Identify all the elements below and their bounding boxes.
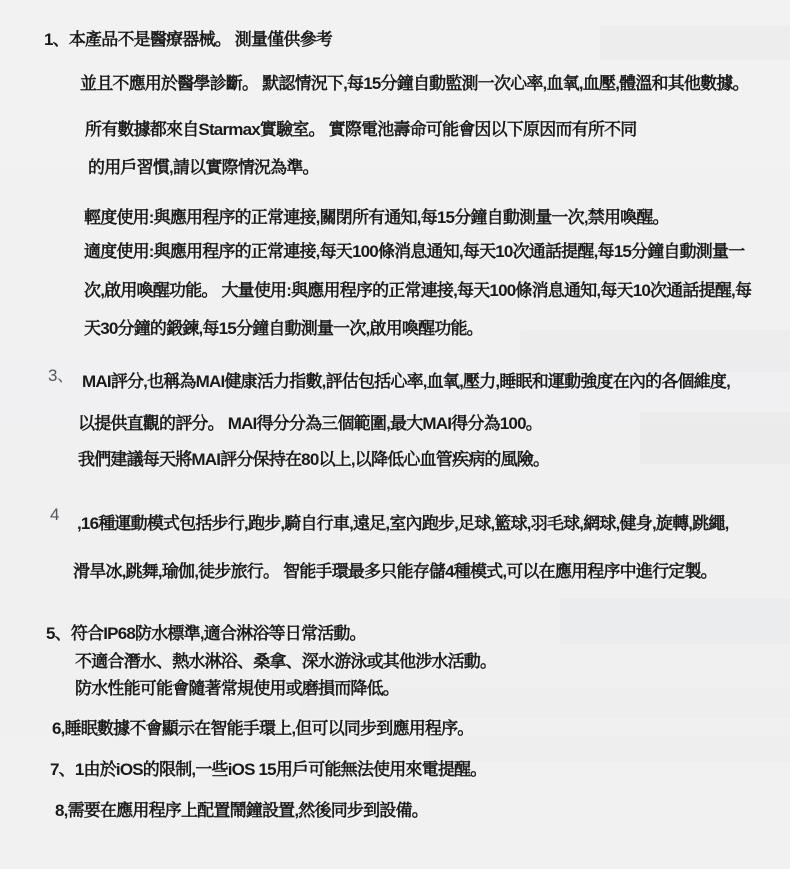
- doc-line-5-light-use: 輕度使用:與應用程序的正常連接,關閉所有通知,每15分鐘自動測量一次,禁用喚醒。: [84, 208, 669, 227]
- doc-line-2-not-for-diagnosis: 並且不應用於醫學診斷。 默認情況下,每15分鐘自動監測一次心率,血氧,血壓,體溫…: [80, 74, 749, 93]
- disclaimer-document: 1、本產品不是醫療器械。 測量僅供參考 並且不應用於醫學診斷。 默認情況下,每1…: [0, 0, 790, 869]
- doc-line-14-ip68-waterproof: 5、符合IP68防水標準,適合淋浴等日常活動。: [46, 624, 366, 643]
- doc-line-11-mai-advice: 我們建議每天將MAI評分保持在80以上,以降低心血管疾病的風險。: [78, 450, 549, 469]
- doc-line-19-alarm-settings: 8,需要在應用程序上配置鬧鐘設置,然後同步到設備。: [55, 801, 428, 820]
- background-artifact: [520, 330, 790, 372]
- doc-line-4-user-habits: 的用戶習慣,請以實際情況為準。: [88, 158, 319, 177]
- doc-line-8-exercise-wakeup: 天30分鐘的鍛鍊,每15分鐘自動測量一次,啟用喚醒功能。: [84, 319, 483, 338]
- section-3-number: 3、: [48, 366, 73, 385]
- background-artifact: [560, 598, 790, 644]
- doc-line-17-sleep-data: 6,睡眠數據不會顯示在智能手環上,但可以同步到應用程序。: [52, 719, 474, 738]
- doc-line-1-medical-disclaimer: 1、本產品不是醫療器械。 測量僅供參考: [44, 30, 332, 49]
- doc-line-7-heavy-use: 次,啟用喚醒功能。 大量使用:與應用程序的正常連接,每天100條消息通知,每天1…: [84, 281, 751, 300]
- doc-line-3-starmax-lab: 所有數據都來自Starmax實驗室。 實際電池壽命可能會因以下原因而有所不同: [85, 120, 636, 139]
- background-artifact: [600, 26, 790, 60]
- background-artifact: [430, 736, 790, 762]
- doc-line-9-mai-score: MAI評分,也稱為MAI健康活力指數,評估包括心率,血氧,壓力,睡眠和運動強度在…: [82, 372, 730, 391]
- background-artifact: [640, 412, 790, 464]
- doc-line-15-not-for-diving: 不適合潛水、熱水淋浴、桑拿、深水游泳或其他涉水活動。: [75, 652, 496, 671]
- document-page: { "page": { "background_color": "#f1f1f1…: [0, 0, 790, 869]
- doc-line-13-mode-storage: 滑旱冰,跳舞,瑜伽,徒步旅行。 智能手環最多只能存儲4種模式,可以在應用程序中進…: [73, 562, 717, 581]
- section-4-number: 4: [50, 505, 59, 524]
- doc-line-16-wear-degradation: 防水性能可能會隨著常規使用或磨損而降低。: [75, 679, 399, 698]
- doc-line-6-moderate-use: 適度使用:與應用程序的正常連接,每天100條消息通知,每天10次通話提醒,每15…: [84, 242, 744, 261]
- doc-line-12-sport-modes: ,16種運動模式包括步行,跑步,騎自行車,遠足,室內跑步,足球,籃球,羽毛球,網…: [77, 514, 729, 533]
- doc-line-18-ios-limitation: 7、1由於iOS的限制,一些iOS 15用戶可能無法使用來電提醒。: [50, 760, 486, 779]
- doc-line-10-mai-ranges: 以提供直觀的評分。 MAI得分分為三個範圍,最大MAI得分為100。: [78, 414, 542, 433]
